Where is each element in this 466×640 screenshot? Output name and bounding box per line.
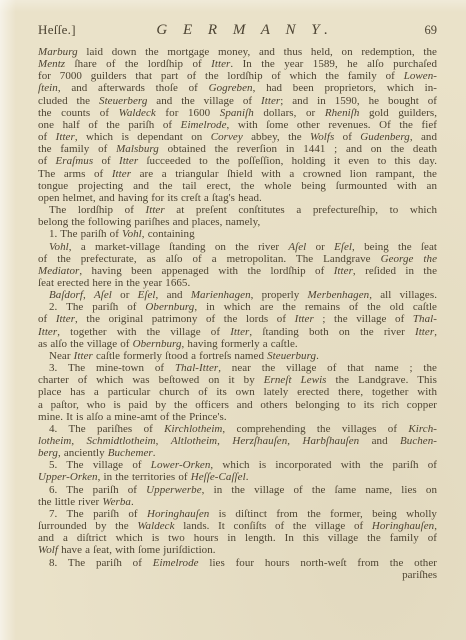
text-line: Near Itter caſtle formerly ſtood a fortr…: [38, 350, 437, 362]
text-line: Wolf have a ſeat, with ſome juriſdiction…: [38, 544, 437, 556]
text-line: The lordſhip of Itter at preſent conſtit…: [38, 204, 437, 216]
text-line: Itter, together with the village of Itte…: [38, 326, 437, 338]
text-line: Mediator, having been appenaged with the…: [38, 265, 437, 277]
text-line: of Itter, which is dependant on Corvey a…: [38, 131, 437, 143]
text-line: and a diſtrict which is two hours in len…: [38, 532, 437, 544]
text-line: charter of which was beſtowed on it by E…: [38, 374, 437, 386]
text-line: Vohl, a market-village ſtanding on the r…: [38, 241, 437, 253]
text-line: Upper-Orken, in the territories of Heſſe…: [38, 471, 437, 483]
text-line: the little river Werba.: [38, 496, 437, 508]
text-line: of Eraſmus of Itter ſucceeded to the poſ…: [38, 155, 437, 167]
text-line: Mentz ſhare of the lordſhip of Itter. In…: [38, 58, 437, 70]
text-line: ſtein, and afterwards thoſe of Gogreben,…: [38, 82, 437, 94]
text-line: tongue projecting and the tail erect, th…: [38, 180, 437, 192]
text-line: Baſdorf, Aſel or Eſel, and Marienhagen, …: [38, 289, 437, 301]
text-line: Marburg laid down the mortgage money, an…: [38, 46, 437, 58]
text-line: mine. It is alſo a mine-amt of the Princ…: [38, 411, 437, 423]
running-title: Heſſe.]: [38, 22, 76, 38]
page-number: 69: [425, 23, 438, 38]
text-line: open helmet, and having for its creſt a …: [38, 192, 437, 204]
page-header: Heſſe.] G E R M A N Y. 69: [38, 22, 437, 39]
text-line: cluded the Steuerberg and the village of…: [38, 95, 437, 107]
text-line: 3. The mine-town of Thal-Itter, near the…: [38, 362, 437, 374]
text-line: 7. The pariſh of Horinghauſen is diſtinc…: [38, 508, 437, 520]
catchword: pariſhes: [38, 569, 437, 581]
page-body: Marburg laid down the mortgage money, an…: [38, 46, 437, 569]
page-title: G E R M A N Y.: [76, 22, 425, 39]
text-line: 2. The pariſh of Obernburg, in which are…: [38, 301, 437, 313]
text-line: the family of Malsburg obtained the reve…: [38, 143, 437, 155]
text-line: belong the following pariſhes and places…: [38, 216, 437, 228]
text-line: as alſo the village of Obernburg, having…: [38, 338, 437, 350]
book-page: Heſſe.] G E R M A N Y. 69 Marburg laid d…: [0, 0, 466, 640]
text-line: for 7000 guilders that part of the lordſ…: [38, 70, 437, 82]
text-line: berg, anciently Buchemer.: [38, 447, 437, 459]
text-line: 8. The pariſh of Eimelrode lies four hou…: [38, 557, 437, 569]
text-line: 4. The pariſhes of Kirchlotheim, compreh…: [38, 423, 437, 435]
text-line: 6. The pariſh of Upperwerbe, in the vill…: [38, 484, 437, 496]
text-line: the counts of Waldeck for 1600 Spaniſh d…: [38, 107, 437, 119]
text-line: one half of the pariſh of Eimelrode, wit…: [38, 119, 437, 131]
text-line: of Itter, the original patrimony of the …: [38, 313, 437, 325]
text-line: ſurrounded by the Waldeck lands. It conſ…: [38, 520, 437, 532]
text-line: of the prefecturate, as alſo of a metrop…: [38, 253, 437, 265]
text-line: The arms of Itter are a triangular ſhiel…: [38, 168, 437, 180]
text-line: 5. The village of Lower-Orken, which is …: [38, 459, 437, 471]
text-line: ſeat erected here in the year 1665.: [38, 277, 437, 289]
text-line: a paſtor, who is paid by the officers an…: [38, 399, 437, 411]
text-line: 1. The pariſh of Vohl, containing: [38, 228, 437, 240]
text-line: place has a particular church of its own…: [38, 386, 437, 398]
text-line: lotheim, Schmidtlotheim, Altlotheim, Her…: [38, 435, 437, 447]
